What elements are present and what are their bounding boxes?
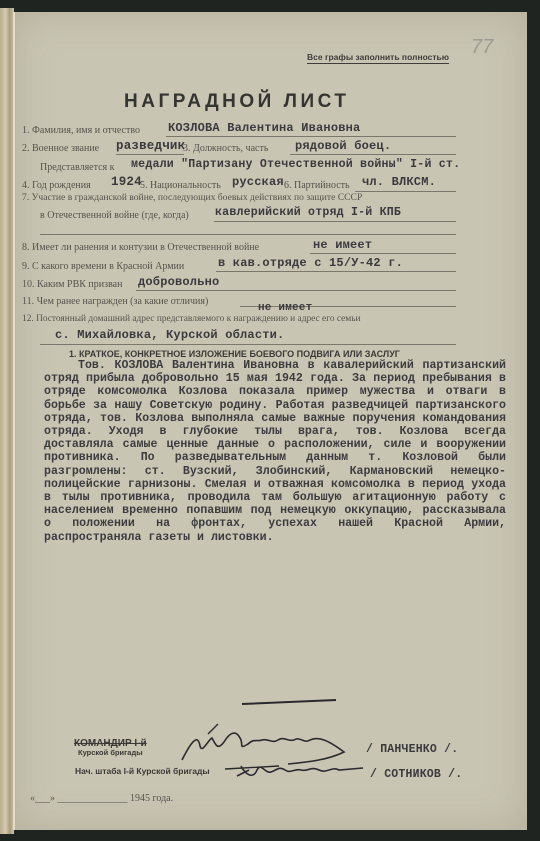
field-5-label: 5. Национальность xyxy=(140,180,221,191)
field-2-label: 2. Военное звание xyxy=(22,143,99,154)
field-7-value: кавлерийский отряд I-й КПБ xyxy=(215,206,401,219)
field-5-value: русская xyxy=(232,175,284,189)
award-value: медали "Партизану Отечественной войны" I… xyxy=(131,158,460,171)
chief-of-staff-name: / СОТНИКОВ /. xyxy=(370,768,462,781)
chief-of-staff-title: Нач. штаба I-й Курской бригады xyxy=(75,766,210,776)
field-1-value: КОЗЛОВА Валентина Ивановна xyxy=(168,121,360,135)
field-9-underline xyxy=(216,271,456,272)
fill-instruction: Все графы заполнить полностью xyxy=(307,52,449,64)
field-8-underline xyxy=(310,253,456,254)
field-3-label: 3. Должность, часть xyxy=(183,143,268,154)
field-10-underline xyxy=(136,290,456,291)
field-6-value: чл. ВЛКСМ. xyxy=(362,175,436,189)
field-9-value: в кав.отряде с 15/У-42 г. xyxy=(218,256,403,270)
field-7-label-line1: 7. Участие в гражданской войне, последую… xyxy=(22,192,362,203)
field-10-value: добровольно xyxy=(138,275,219,289)
field-12-value: с. Михайловка, Курской области. xyxy=(55,328,284,342)
field-4-value: 1924 xyxy=(111,175,142,189)
field-2-underline xyxy=(116,154,184,155)
field-8-label: 8. Имеет ли ранения и контузии в Отечест… xyxy=(22,242,259,253)
field-6-label: 6. Партийность xyxy=(284,180,350,191)
date-line: «___» ______________ 1945 года. xyxy=(30,793,173,804)
feat-description: Тов. КОЗЛОВА Валентина Ивановна в кавале… xyxy=(44,359,506,544)
field-3-underline xyxy=(290,154,456,155)
award-label: Представляется к xyxy=(40,162,115,173)
field-1-underline xyxy=(166,136,456,137)
field-12-underline xyxy=(40,344,456,345)
field-8-value: не имеет xyxy=(313,238,372,252)
commander-name: / ПАНЧЕНКО /. xyxy=(366,743,458,756)
handwritten-page-number: 77 xyxy=(471,36,493,59)
field-12-label: 12. Постоянный домашний адрес представля… xyxy=(22,314,361,324)
chief-of-staff-signature xyxy=(235,756,365,791)
field-10-label: 10. Каким РВК призван xyxy=(22,279,122,290)
field-11-label: 11. Чем ранее награжден (за какие отличи… xyxy=(22,296,208,307)
field-7-underline xyxy=(214,221,456,222)
page-title: НАГРАДНОЙ ЛИСТ xyxy=(124,91,349,113)
sheet-edge xyxy=(13,12,15,830)
signature-overline-1 xyxy=(240,693,340,711)
section-heading: 1. КРАТКОЕ, КОНКРЕТНОЕ ИЗЛОЖЕНИЕ БОЕВОГО… xyxy=(69,349,400,359)
field-7-extra-line xyxy=(40,234,456,235)
field-9-label: 9. С какого времени в Красной Армии xyxy=(22,261,184,272)
field-11-value: не имеет xyxy=(258,302,312,314)
book-binding xyxy=(0,8,14,834)
field-3-value: рядовой боец. xyxy=(295,139,391,153)
field-4-label: 4. Год рождения xyxy=(22,180,91,191)
field-1-label: 1. Фамилия, имя и отчество xyxy=(22,125,140,136)
field-7-label-line2: в Отечественной войне (где, когда) xyxy=(40,210,189,221)
field-2-value: разведчик xyxy=(116,139,185,153)
commander-unit: Курской бригады xyxy=(78,748,143,757)
field-6-underline xyxy=(355,191,456,192)
